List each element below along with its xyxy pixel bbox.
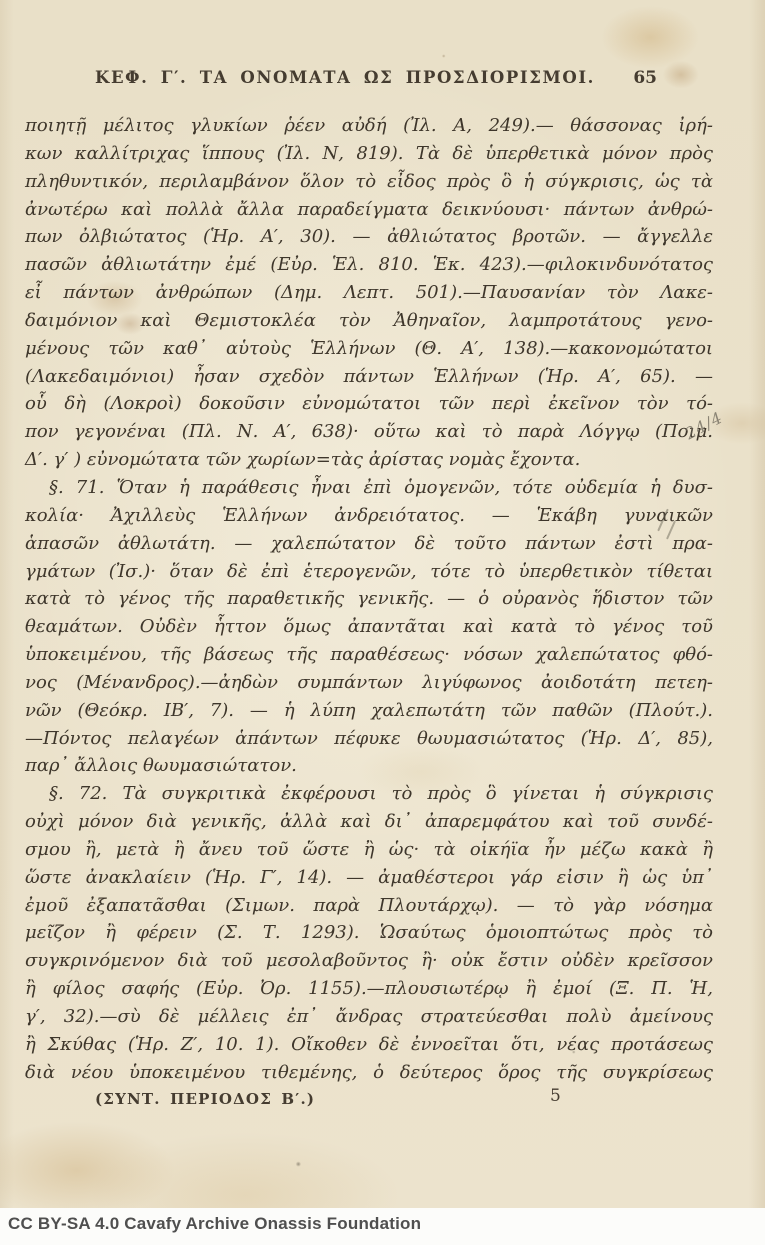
text-line: συγκρινόμενον διὰ τοῦ μεσολαβοῦντος ἢ· ο… — [25, 947, 713, 975]
text-line: Δ′. γ′ ) εὐνομώτατα τῶν χωρίων=τὰς ἀρίστ… — [25, 446, 713, 474]
text-line: (Λακεδαιμόνιοι) ἦσαν σχεδὸν πάντων Ἑλλήν… — [25, 363, 713, 391]
text-line: ἐμοῦ ἐξαπατᾶσθαι (Σιμων. παρὰ Πλουτάρχῳ)… — [25, 892, 713, 920]
text-line: ἢ φίλος σαφής (Εὐρ. Ὀρ. 1155).—πλουσιωτέ… — [25, 975, 713, 1003]
license-bar: CC BY-SA 4.0 Cavafy Archive Onassis Foun… — [0, 1208, 765, 1245]
page-number: 65 — [633, 68, 657, 88]
text-line: οὗ δὴ (Λοκροὶ) δοκοῦσιν εὐνομώτατοι τῶν … — [25, 390, 713, 418]
page-body: ποιητῇ μέλιτος γλυκίων ῥέεν αὐδή (Ἰλ. Α,… — [25, 112, 713, 1087]
text-line: πασῶν ἀθλιωτάτην ἐμέ (Εὐρ. Ἑλ. 810. Ἑκ. … — [25, 251, 713, 279]
text-line: διὰ νέου ὑποκειμένου τιθεμένης, ὁ δεύτερ… — [25, 1059, 713, 1087]
text-line: θεαμάτων. Οὐδὲν ἧττον ὅμως ἀπαντᾶται καὶ… — [25, 613, 713, 641]
text-line: νῶν (Θεόκρ. ΙΒ′, 7). — ἡ λύπη χαλεπωτάτη… — [25, 697, 713, 725]
text-line: πον γεγονέναι (Πλ. Ν. Α′, 638)· οὕτω καὶ… — [25, 418, 713, 446]
sheet-number: 5 — [550, 1086, 561, 1106]
scanned-book-page: ΚΕΦ. Γ′. ΤΑ ΟΝΟΜΑΤΑ ΩΣ ΠΡΟΣΔΙΟΡΙΣΜΟΙ. 65… — [0, 0, 765, 1245]
text-line: ὥστε ἀνακλαίειν (Ἡρ. Γ′, 14). — ἀμαθέστε… — [25, 864, 713, 892]
series-signature: (ΣΥΝΤ. ΠΕΡΙΟΔΟΣ Β′.) — [95, 1090, 315, 1108]
text-line: νος (Μένανδρος).—ἀηδὼν συμπάντων λιγύφων… — [25, 669, 713, 697]
text-line: κολία· Ἀχιλλεὺς Ἑλλήνων ἀνδρειότατος. — … — [25, 502, 713, 530]
text-line: γ′, 32).—σὺ δὲ μέλλεις ἐπ᾽ ἄνδρας στρατε… — [25, 1003, 713, 1031]
running-head: ΚΕΦ. Γ′. ΤΑ ΟΝΟΜΑΤΑ ΩΣ ΠΡΟΣΔΙΟΡΙΣΜΟΙ. 65 — [95, 68, 657, 88]
text-line: ἀνωτέρω καὶ πολλὰ ἄλλα παραδείγματα δεικ… — [25, 196, 713, 224]
text-line: ποιητῇ μέλιτος γλυκίων ῥέεν αὐδή (Ἰλ. Α,… — [25, 112, 713, 140]
text-line: κατὰ τὸ γένος τῆς παραθετικῆς γενικῆς. —… — [25, 585, 713, 613]
text-line: πων ὀλβιώτατος (Ἡρ. Α′, 30). — ἀθλιώτατο… — [25, 223, 713, 251]
text-line: ἁπασῶν ἀθλωτάτη. — χαλεπώτατον δὲ τοῦτο … — [25, 530, 713, 558]
chapter-title: ΚΕΦ. Γ′. ΤΑ ΟΝΟΜΑΤΑ ΩΣ ΠΡΟΣΔΙΟΡΙΣΜΟΙ. — [95, 68, 595, 87]
text-line: μένους τῶν καθ᾽ αὑτοὺς Ἑλλήνων (Θ. Α′, 1… — [25, 335, 713, 363]
text-line: οὐχὶ μόνον διὰ γενικῆς, ἀλλὰ καὶ δι᾽ ἀπα… — [25, 808, 713, 836]
text-line: σμου ἢ, μετὰ ἢ ἄνευ τοῦ ὥστε ἢ ὡς· τὰ οἰ… — [25, 836, 713, 864]
text-line: πληθυντικόν, περιλαμβάνον ὅλον τὸ εἶδος … — [25, 168, 713, 196]
text-line: δαιμόνιον καὶ Θεμιστοκλέα τὸν Ἀθηναῖον, … — [25, 307, 713, 335]
text-line: ἢ Σκύθας (Ἡρ. Ζ′, 10. 1). Οἴκοθεν δὲ ἐνν… — [25, 1031, 713, 1059]
text-line: ὑποκειμένου, τῆς βάσεως τῆς παραθέσεως· … — [25, 641, 713, 669]
text-line: γμάτων (Ἰσ.)· ὅταν δὲ ἐπὶ ἑτερογενῶν, τό… — [25, 558, 713, 586]
text-line: μεῖζον ἢ φέρειν (Σ. Τ. 1293). Ὡσαύτως ὁμ… — [25, 919, 713, 947]
text-line: —Πόντος πελαγέων ἁπάντων πέφυκε θωυμασιώ… — [25, 725, 713, 753]
license-text: CC BY-SA 4.0 Cavafy Archive Onassis Foun… — [8, 1214, 421, 1234]
text-line: κων καλλίτριχας ἵππους (Ἰλ. Ν, 819). Τὰ … — [25, 140, 713, 168]
text-line: παρ᾽ ἄλλοις θωυμασιώτατον. — [25, 752, 713, 780]
text-line: §. 71. Ὅταν ἡ παράθεσις ἦναι ἐπὶ ὁμογενῶ… — [25, 474, 713, 502]
text-line: εἶ πάντων ἀνθρώπων (Δημ. Λεπτ. 501).—Παυ… — [25, 279, 713, 307]
text-line: §. 72. Τὰ συγκριτικὰ ἐκφέρουσι τὸ πρὸς ὃ… — [25, 780, 713, 808]
